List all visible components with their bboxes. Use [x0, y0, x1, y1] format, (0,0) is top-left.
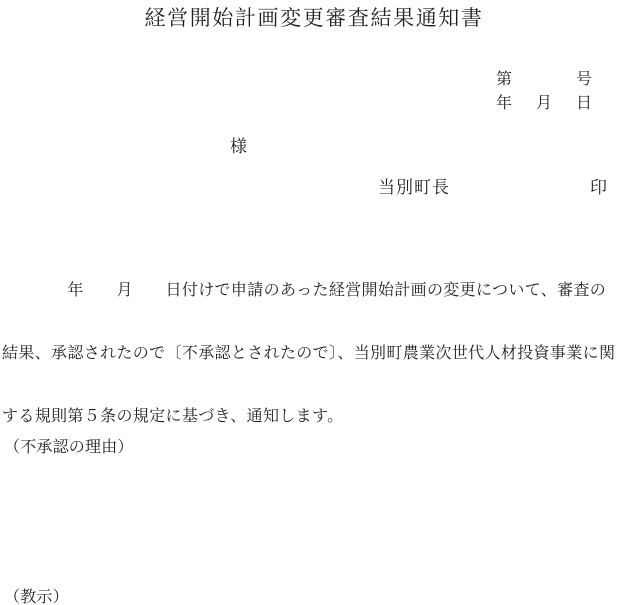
seal-mark: 印	[590, 173, 607, 198]
date-month-label: 月	[536, 90, 552, 113]
date-line: 年 月 日	[496, 90, 592, 113]
document-number-line: 第 号	[496, 66, 592, 89]
instruction-label: （教示）	[4, 584, 69, 605]
document-title: 経営開始計画変更審査結果通知書	[0, 2, 628, 32]
sender-title: 当別町長	[378, 173, 450, 198]
disapproval-reason-label: （不承認の理由）	[4, 434, 134, 457]
date-day-label: 日	[576, 90, 592, 113]
doc-number-prefix: 第	[496, 66, 512, 89]
addressee-honorific: 様	[230, 132, 247, 157]
doc-number-suffix: 号	[576, 66, 592, 89]
document-page: 経営開始計画変更審査結果通知書 第 号 年 月 日 様 当別町長 印 年 月 日…	[0, 0, 628, 605]
body-line-1: 年 月 日付けで申請のあった経営開始計画の変更について、審査の	[2, 280, 627, 301]
body-line-2: 結果、承認されたので〔不承認とされたので〕、当別町農業次世代人材投資事業に関	[2, 343, 627, 364]
date-year-label: 年	[496, 90, 512, 113]
body-line-3: する規則第５条の規定に基づき、通知します。	[2, 406, 627, 427]
